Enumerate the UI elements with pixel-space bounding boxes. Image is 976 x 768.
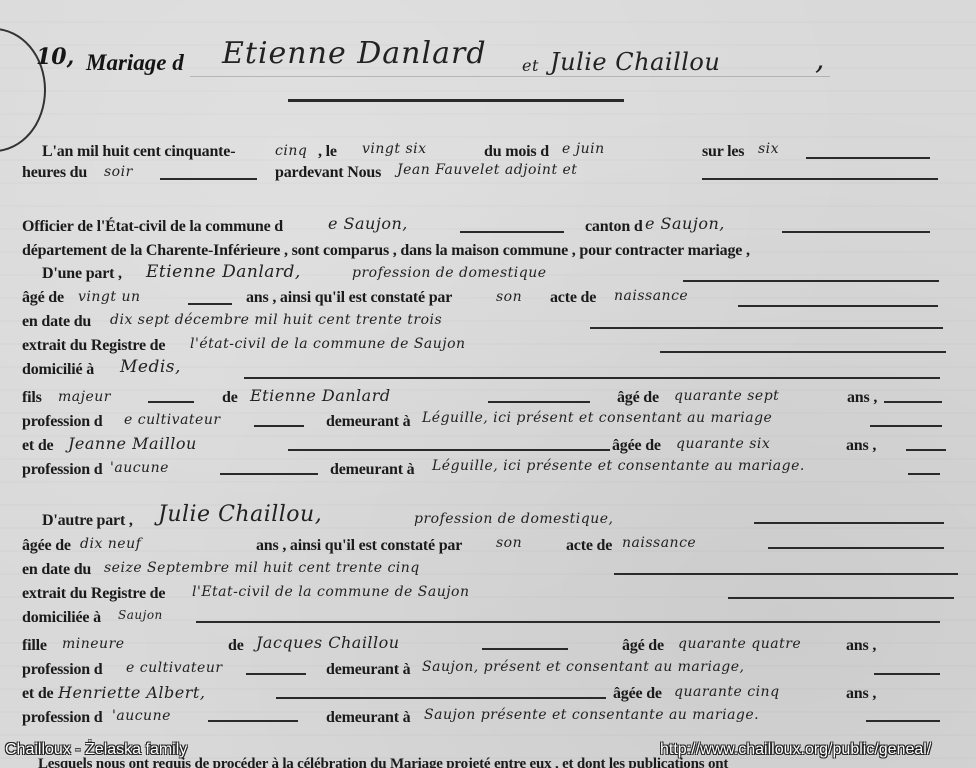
bride-birth-date: seize Septembre mil huit cent trente cin…	[104, 560, 420, 576]
label-month: du mois d	[484, 143, 549, 161]
label-son: fils	[22, 389, 42, 407]
bride-father-residence: Saujon, présent et consentant au mariage…	[422, 659, 745, 675]
bride-name-title: Julie Chaillou	[550, 48, 720, 76]
label-commune: Officier de l'État-civil de la commune d	[22, 218, 283, 236]
groom-profession: profession de domestique	[352, 265, 547, 281]
value-officer: Jean Fauvelet adjoint et	[397, 162, 577, 178]
label-groom-domicile: domicilié à	[22, 361, 94, 379]
label-before-us: pardevant Nous	[275, 164, 381, 182]
label-bride-father-residence: demeurant à	[326, 661, 410, 679]
groom-father-profession: e cultivateur	[124, 412, 221, 428]
label-bride-mother-residence: demeurant à	[326, 709, 410, 727]
label-groom-acte: acte de	[550, 289, 596, 307]
label-bride-part: D'autre part ,	[42, 512, 133, 530]
groom-mother-name: Jeanne Maillou	[68, 434, 197, 453]
value-commune: e Saujon,	[328, 214, 408, 233]
label-groom-mother-ans: ans ,	[846, 437, 876, 455]
title-underline	[288, 99, 624, 102]
bride-age: dix neuf	[80, 536, 141, 552]
bride-father-name: Jacques Chaillou	[256, 633, 400, 652]
label-bride-mother-prof: profession d	[22, 709, 102, 727]
groom-father-residence: Léguille, ici présent et consentant au m…	[422, 410, 772, 426]
groom-father-name: Etienne Danlard	[250, 386, 391, 405]
label-bride-father-age: âgé de	[622, 637, 664, 655]
bride-mother-residence: Saujon présente et consentante au mariag…	[424, 707, 759, 723]
bride-father-profession: e cultivateur	[126, 660, 223, 676]
bride-domicile: Saujon	[118, 608, 163, 622]
watermark-family: Chailloux - Żelaska family	[5, 741, 187, 759]
label-bride-father: de	[228, 637, 244, 655]
groom-name-title: Etienne Danlard	[222, 36, 487, 71]
label-groom-mother-residence: demeurant à	[330, 461, 414, 479]
label-bride-mother: et de	[22, 685, 53, 703]
label-canton: canton d	[585, 218, 643, 236]
value-day: vingt six	[362, 141, 427, 157]
label-groom-date: en date du	[22, 313, 91, 331]
bride-mother-age: quarante cinq	[674, 684, 780, 700]
label-groom-mother-prof: profession d	[22, 461, 102, 479]
label-bride-father-prof: profession d	[22, 661, 102, 679]
groom-majority: majeur	[58, 389, 111, 405]
bride-mother-profession: 'aucune	[112, 708, 171, 724]
label-groom-mother: et de	[22, 437, 53, 455]
label-groom-age: âgé de	[22, 289, 64, 307]
groom-age: vingt un	[78, 289, 140, 305]
value-time-of-day: soir	[104, 164, 133, 180]
label-groom-extract: extrait du Registre de	[22, 337, 165, 355]
label-groom-father-residence: demeurant à	[326, 413, 410, 431]
bride-name: Julie Chaillou,	[158, 502, 322, 527]
label-bride-domicile: domiciliée à	[22, 609, 101, 627]
watermark-url: http://www.chailloux.org/public/geneal/	[660, 741, 931, 759]
bride-profession: profession de domestique,	[414, 511, 613, 527]
value-year: cinq	[275, 143, 307, 159]
label-bride-father-ans: ans ,	[846, 637, 876, 655]
label-groom-father-ans: ans ,	[847, 389, 877, 407]
label-year: L'an mil huit cent cinquante-	[42, 143, 235, 161]
groom-name: Etienne Danlard,	[146, 262, 301, 282]
label-groom-father: de	[222, 389, 238, 407]
label-hours: heures du	[22, 164, 87, 182]
groom-acte: naissance	[614, 288, 688, 304]
groom-extract: l'état-civil de la commune de Saujon	[190, 336, 466, 352]
bride-acte: naissance	[622, 535, 696, 551]
value-hour: six	[758, 141, 779, 157]
value-month: e juin	[562, 141, 605, 157]
groom-mother-profession: 'aucune	[110, 460, 169, 476]
bride-majority: mineure	[62, 636, 125, 652]
label-groom-mother-age: âgée de	[612, 437, 661, 455]
groom-birth-date: dix sept décembre mil huit cent trente t…	[110, 312, 442, 328]
groom-mother-residence: Léguille, ici présente et consentante au…	[432, 458, 805, 474]
label-department: département de la Charente-Inférieure , …	[22, 242, 750, 260]
label-hour: sur les	[702, 143, 744, 161]
label-bride-age: âgée de	[22, 537, 71, 555]
title-printed: Mariage d	[86, 50, 184, 76]
bride-extract: l'Etat-civil de la commune de Saujon	[192, 584, 470, 600]
bride-father-age: quarante quatre	[678, 636, 801, 652]
groom-mother-age: quarante six	[676, 436, 770, 452]
label-groom-father-prof: profession d	[22, 413, 102, 431]
label-bride-mother-age: âgée de	[613, 685, 662, 703]
label-bride-extract: extrait du Registre de	[22, 585, 165, 603]
civil-register-page: IMPERIAL. 10, Mariage d Etienne Danlard …	[0, 0, 976, 768]
value-canton: e Saujon,	[645, 214, 725, 233]
title-connector: et	[522, 56, 539, 75]
title-comma: ,	[815, 42, 826, 77]
label-groom-father-age: âgé de	[617, 389, 659, 407]
groom-par: son	[496, 289, 522, 305]
label-groom-part: D'une part ,	[42, 265, 122, 283]
label-bride-ans: ans , ainsi qu'il est constaté par	[256, 537, 462, 555]
groom-domicile: Medis,	[120, 357, 181, 377]
label-bride-acte: acte de	[566, 537, 612, 555]
label-day: , le	[318, 143, 337, 161]
label-daughter: fille	[22, 637, 47, 655]
bride-par: son	[496, 535, 522, 551]
record-number: 10,	[36, 44, 74, 70]
label-groom-ans: ans , ainsi qu'il est constaté par	[246, 289, 452, 307]
label-bride-date: en date du	[22, 561, 91, 579]
groom-father-age: quarante sept	[674, 388, 779, 404]
bride-mother-name: Henriette Albert,	[58, 683, 205, 702]
label-bride-mother-ans: ans ,	[846, 685, 876, 703]
